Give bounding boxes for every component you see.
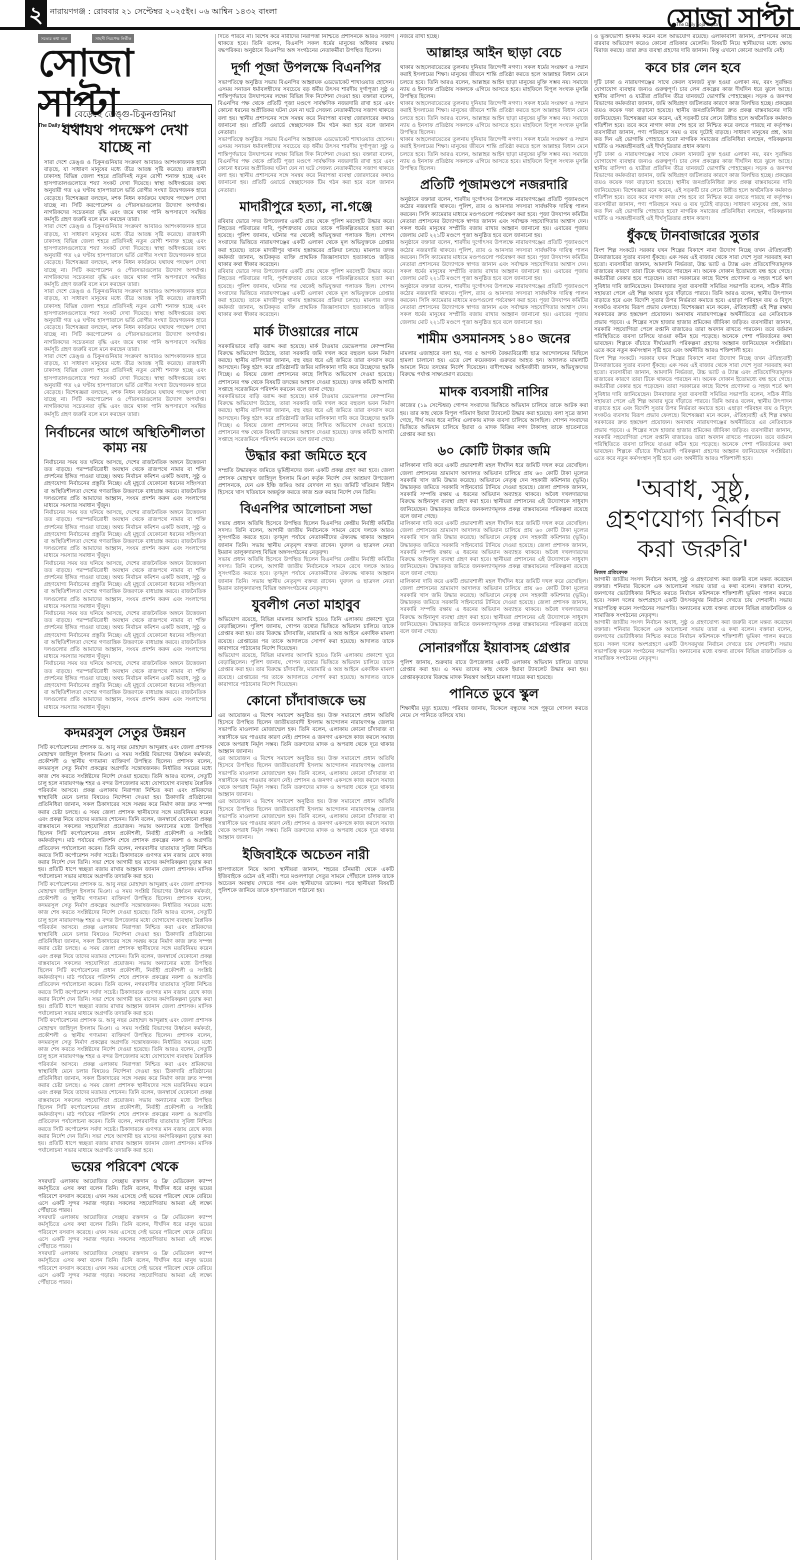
- page-header: ২ নারায়ণগঞ্জ : রোববার ২১ সেপ্টেম্বর ২০২…: [0, 0, 800, 30]
- article-body: অভিযোগ রয়েছে, বিভিন্ন মামলার আসামি হয়ে…: [218, 653, 394, 689]
- page-number: ২: [25, 0, 47, 30]
- article-body: মামলার এজাহারে বলা হয়, গত ৫ আগস্ট বৈষম্…: [400, 351, 588, 380]
- column-4: ও ভুক্তভোগী ইনকাম করেন বলে অভিযোগ রয়েছে…: [594, 34, 792, 1560]
- article-headline: ৬০ কোটি টাকার জমি: [400, 445, 588, 460]
- article-body: থাকার আহলেবায়েতের তুলনায় দুনিয়ার জিন্…: [400, 101, 588, 137]
- article-body: রবিবার ভোরে সদর উপজেলার একটি গ্রাম থেকে …: [218, 269, 394, 319]
- article-body: সদরঘাট এলাকায় আয়োজিত সেচ্ছায় রক্তদান …: [38, 1215, 212, 1251]
- article-continuation: দিতে পারবে না। বিশেষ করে নারীদের নিরাপত্…: [218, 34, 394, 56]
- article-body: পুলিশ জানায়, শুক্রবার রাতে উপজেলার একটি…: [400, 660, 588, 682]
- article-body: সারা দেশে ডেঙ্গু ও চিকুনগুনিয়ার সংক্রমণ…: [44, 160, 206, 225]
- dateline: নারায়ণগঞ্জ : রোববার ২১ সেপ্টেম্বর ২০২৫ই…: [50, 6, 277, 19]
- column-2: দিতে পারবে না। বিশেষ করে নারীদের নিরাপত্…: [218, 34, 394, 1560]
- article-headline: মাদারীপুরে হত্যা, না.গঞ্জে: [218, 201, 394, 216]
- article-body: সরকারিভাবে বাড়ি বরাদ্দ করা হয়েছে। মার্…: [218, 344, 394, 394]
- article-dengue: বেড়েছে ডেঙ্গু-চিকুনগুনিয়া যথাযথ পদক্ষে…: [38, 104, 212, 717]
- article-headline: শামীম ওসমানসহ ১৪০ জনের: [400, 333, 588, 348]
- column-1: সত্যের কথা বলে সাহসী নিরপেক্ষ নির্ভীক সো…: [38, 34, 212, 1560]
- article-headline: ইজিবাইকে অচেতন নারী: [218, 849, 394, 864]
- column-3: নজরে রাখা হচ্ছে। আল্লাহর আইন ছাড়া বেচে …: [400, 34, 588, 1560]
- column-divider: [215, 34, 216, 1560]
- article-body: অনুষ্ঠানে বক্তারা বলেন, শারদীয় দুর্গোৎস…: [400, 240, 588, 283]
- article-body: সভাপতিত্বে অনুষ্ঠিত সভায় বিএনপির আহ্বায…: [218, 137, 394, 195]
- column-divider: [591, 34, 592, 1560]
- article-body: আগামী জাতীয় সংসদ নির্বাচন অবাধ, সুষ্ঠু …: [594, 620, 792, 663]
- article-headline: উদ্ধার করা জমিতে হবে: [218, 450, 394, 465]
- masthead: সত্যের কথা বলে সাহসী নিরপেক্ষ নির্ভীক সো…: [38, 34, 212, 100]
- article-body: সারা দেশে ডেঙ্গু ও চিকুনগুনিয়ার সংক্রমণ…: [44, 289, 206, 354]
- article-body: সারা দেশে ডেঙ্গু ও চিকুনগুনিয়ার সংক্রমণ…: [44, 354, 206, 419]
- article-body: শিক্ষার্থীর মৃত্যু হয়েছে। পরিবার জানায়…: [400, 706, 588, 720]
- article-body: সিটি কর্পোরেশনের প্রশাসক ড. আবু নছর মোহা…: [38, 882, 212, 1019]
- article-body: অনুষ্ঠানে বক্তারা বলেন, শারদীয় দুর্গোৎস…: [400, 197, 588, 240]
- article-byline: নিজস্ব প্রতিবেদক: [594, 570, 792, 577]
- article-body: বিংশ শিল্প সংকটে। সরকার যখন শিল্পের বিকা…: [594, 248, 792, 356]
- article-body: সারা দেশে ডেঙ্গু ও চিকুনগুনিয়ার সংক্রমণ…: [44, 224, 206, 289]
- article-headline: পানিতে ডুবে স্কুল: [400, 688, 588, 703]
- article-headline: ধুঁকছে টানবাজারের সুতার: [594, 230, 792, 245]
- article-body: এর আয়োজন এ বিশেষ সমাবেশ অনুষ্ঠিত হয়। উ…: [218, 756, 394, 799]
- article-body: মালিকানা দাবি করে একটি প্রভাবশালী মহল দী…: [400, 521, 588, 579]
- article-body: থাকার আহলেবায়েতের তুলনায় দুনিয়ার জিন্…: [400, 137, 588, 173]
- article-body: হাসপাতালে নিয়ে আসা স্থানীয়রা জানান, শহ…: [218, 867, 394, 896]
- article-headline: আল্লাহর আইন ছাড়া বেচে: [400, 47, 588, 62]
- article-body: নির্বাচনের সময় যত ঘনিয়ে আসছে, দেশের রা…: [44, 561, 206, 611]
- article-continuation: ও ভুক্তভোগী ইনকাম করেন বলে অভিযোগ রয়েছে…: [594, 34, 792, 56]
- article-body: সরকারিভাবে বাড়ি বরাদ্দ করা হয়েছে। মার্…: [218, 394, 394, 444]
- article-headline: সোনারগাঁয়ে ইয়াবাসহ গ্রেপ্তার: [400, 642, 588, 657]
- article-body: মালিকানা দাবি করে একটি প্রভাবশালী মহল দী…: [400, 463, 588, 521]
- article-body: সিটি কর্পোরেশনের প্রশাসক ড. আবু নছর মোহা…: [38, 745, 212, 882]
- article-body: নির্বাচনের সময় যত ঘনিয়ে আসছে, দেশের রা…: [44, 460, 206, 510]
- article-headline: মাদক ব্যবসায়ী নাসির: [400, 386, 588, 401]
- article-body: থাকার আহলেবায়েতের তুলনায় দুনিয়ার জিন্…: [400, 65, 588, 101]
- article-body: সভায় প্রধান অতিথি হিসেবে উপস্থিত ছিলেন …: [218, 521, 394, 557]
- article-body: নির্বাচনের সময় যত ঘনিয়ে আসছে, দেশের রা…: [44, 611, 206, 661]
- article-body: এর আয়োজন এ বিশেষ সমাবেশ অনুষ্ঠিত হয়। উ…: [218, 799, 394, 842]
- article-headline: নির্বাচনের আগে অস্থিতিশীলতা কাম্য নয়: [44, 427, 206, 457]
- article-headline: কোনো চাঁদাবাজকে ভয়: [218, 695, 394, 710]
- article-continuation: নজরে রাখা হচ্ছে।: [400, 34, 588, 41]
- article-headline: কদমরসুল সেতুর উন্নয়ন: [38, 727, 212, 742]
- article-body: নির্বাচনের সময় যত ঘনিয়ে আসছে, দেশের রা…: [44, 510, 206, 560]
- article-body: অভিযোগ রয়েছে, বিভিন্ন মামলার আসামি হয়ে…: [218, 617, 394, 653]
- article-headline: যুবলীগ নেতা মাহাবুব: [218, 599, 394, 614]
- masthead-logo: সোজা সাপ্টা: [38, 43, 212, 123]
- article-body: দুটি ঢাকা ও নারায়ণগঞ্জের সাথে কেবল যানজ…: [594, 80, 792, 152]
- article-body: বিংশ শিল্প সংকটে। সরকার যখন শিল্পের বিকা…: [594, 356, 792, 464]
- article-body: রবিবার ভোরে সদর উপজেলার একটি গ্রাম থেকে …: [218, 219, 394, 269]
- article-body: সম্প্রতি উদ্ধারকৃত জমিতে ভূমিহীনদের জন্য…: [218, 468, 394, 497]
- article-body: সভাপতিত্বে অনুষ্ঠিত সভায় বিএনপির আহ্বায…: [218, 80, 394, 138]
- article-body: সিটি কর্পোরেশনের প্রশাসক ড. আবু নছর মোহা…: [38, 1018, 212, 1155]
- header-logo-subtitle: The Daily Soja Sapta: [677, 22, 718, 27]
- article-body: কাজের (১৯ সেপ্টেম্বর) গোপন সংবাদের ভিত্ত…: [400, 403, 588, 439]
- article-headline: কবে চার লেন হবে: [594, 62, 792, 77]
- article-headline: ভয়ের পরিবেশ থেকে: [38, 1161, 212, 1176]
- article-body: নির্বাচনের সময় যত ঘনিয়ে আসছে, দেশের রা…: [44, 661, 206, 711]
- article-headline: দূর্গা পূজা উপলক্ষে বিএনপির: [218, 62, 394, 77]
- article-body: মালিকানা দাবি করে একটি প্রভাবশালী মহল দী…: [400, 579, 588, 637]
- column-divider: [397, 34, 398, 1560]
- article-headline: 'অবাধ, সুষ্ঠু, গ্রহণযোগ্য নির্বাচন করা জ…: [594, 474, 792, 564]
- article-body: সভায় প্রধান অতিথি হিসেবে উপস্থিত ছিলেন …: [218, 557, 394, 593]
- article-body: দুটি ঢাকা ও নারায়ণগঞ্জের সাথে কেবল যানজ…: [594, 152, 792, 224]
- article-body: এর আয়োজন এ বিশেষ সমাবেশ অনুষ্ঠিত হয়। উ…: [218, 713, 394, 756]
- article-headline: বিএনপির আলোচনা সভা: [218, 503, 394, 518]
- article-body: আগামী জাতীয় সংসদ নির্বাচন অবাধ, সুষ্ঠু …: [594, 577, 792, 620]
- article-headline: মার্ক টাওয়ারের নামে: [218, 326, 394, 341]
- article-body: সদরঘাট এলাকায় আয়োজিত সেচ্ছায় রক্তদান …: [38, 1251, 212, 1287]
- article-body: অনুষ্ঠানে বক্তারা বলেন, শারদীয় দুর্গোৎস…: [400, 284, 588, 327]
- article-body: সদরঘাট এলাকায় আয়োজিত সেচ্ছায় রক্তদান …: [38, 1179, 212, 1215]
- article-headline: প্রতিটি পূজামণ্ডপে নজরদারি: [400, 179, 588, 194]
- masthead-subtitle: The Daily Soja Sapta: [38, 123, 212, 129]
